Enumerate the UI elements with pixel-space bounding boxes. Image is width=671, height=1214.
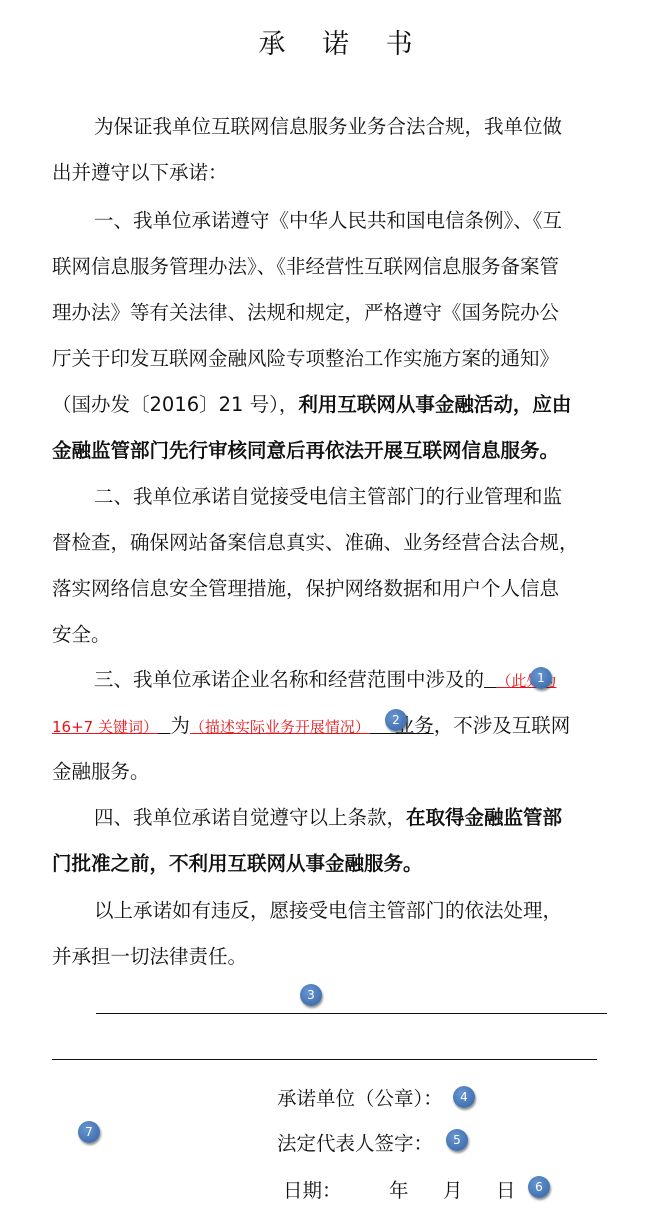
clause1-line-4: 厅关于印发互联网金融风险专项整治工作实施方案的通知》 (52, 346, 612, 372)
clause3-text: 三、我单位承诺企业名称和经营范围中涉及的 (94, 668, 484, 691)
clause3-tail: ，不涉及互联网 (434, 714, 571, 737)
clause4-text: 四、我单位承诺自觉遵守以上条款， (94, 806, 406, 829)
clause3-line-3: 金融服务。 (52, 759, 612, 785)
clause1-line-2: 联网信息服务管理办法》、《非经营性互联网信息服务备案管 (52, 254, 612, 280)
legal-rep-label: 法定代表人签字： (277, 1128, 433, 1156)
clause1-bold-a: 利用互联网从事金融活动，应由 (298, 393, 571, 416)
date-day: 日 (496, 1175, 516, 1203)
marker-7[interactable]: 7 (78, 1121, 100, 1143)
clause1-doc-ref: （国办发〔2016〕21 号）， (52, 393, 298, 416)
marker-5[interactable]: 5 (446, 1129, 468, 1151)
clause4-line-1: 四、我单位承诺自觉遵守以上条款，在取得金融监管部 (94, 805, 654, 831)
marker-1[interactable]: 1 (530, 667, 552, 689)
clause2-line-2: 督检查，确保网站备案信息真实、准确、业务经营合法合规， (52, 530, 612, 556)
clause2-line-4: 安全。 (52, 622, 612, 648)
clause3-line-2: 16+7 关键词） 为（描述实际业务开展情况） 业务，不涉及互联网 (52, 713, 612, 740)
clause3-line-1: 三、我单位承诺企业名称和经营范围中涉及的 （此处为 (94, 667, 654, 694)
closing-line-1: 以上承诺如有违反，愿接受电信主管部门的依法处理， (94, 898, 654, 924)
clause2-line-3: 落实网络信息安全管理措施，保护网络数据和用户个人信息 (52, 576, 612, 602)
date-month: 月 (443, 1175, 463, 1203)
date-label: 日期： (283, 1175, 342, 1203)
marker-4[interactable]: 4 (453, 1086, 475, 1108)
date-year: 年 (389, 1175, 409, 1203)
intro-line-1: 为保证我单位互联网信息服务业务合法合规，我单位做 (94, 114, 654, 140)
marker-3[interactable]: 3 (300, 984, 322, 1006)
clause1-line-6: 金融监管部门先行审核同意后再依法开展互联网信息服务。 (52, 438, 612, 464)
business-description-field[interactable]: （描述实际业务开展情况） (190, 718, 370, 736)
seal-label: 承诺单位（公章）： (277, 1083, 443, 1111)
signature-rule-lower (52, 1059, 597, 1060)
clause3-wei: 为 (170, 714, 190, 737)
clause1-line-3: 理办法》等有关法律、法规和规定，严格遵守《国务院办公 (52, 300, 612, 326)
marker-6[interactable]: 6 (528, 1176, 550, 1198)
clause2-line-1: 二、我单位承诺自觉接受电信主管部门的行业管理和监 (94, 484, 654, 510)
clause1-line-5: （国办发〔2016〕21 号），利用互联网从事金融活动，应由 (52, 392, 612, 418)
marker-2[interactable]: 2 (385, 709, 407, 731)
page-title: 承 诺 书 (0, 22, 671, 61)
signature-rule-upper (96, 1013, 607, 1014)
keyword-placeholder-field-cont[interactable]: 16+7 关键词） (52, 718, 158, 736)
clause4-bold-a: 在取得金融监管部 (406, 806, 562, 829)
closing-line-2: 并承担一切法律责任。 (52, 944, 612, 970)
clause1-line-1: 一、我单位承诺遵守《中华人民共和国电信条例》、《互 (94, 208, 654, 234)
intro-line-2: 出并遵守以下承诺： (52, 160, 612, 186)
clause4-line-2: 门批准之前，不利用互联网从事金融服务。 (52, 851, 612, 877)
